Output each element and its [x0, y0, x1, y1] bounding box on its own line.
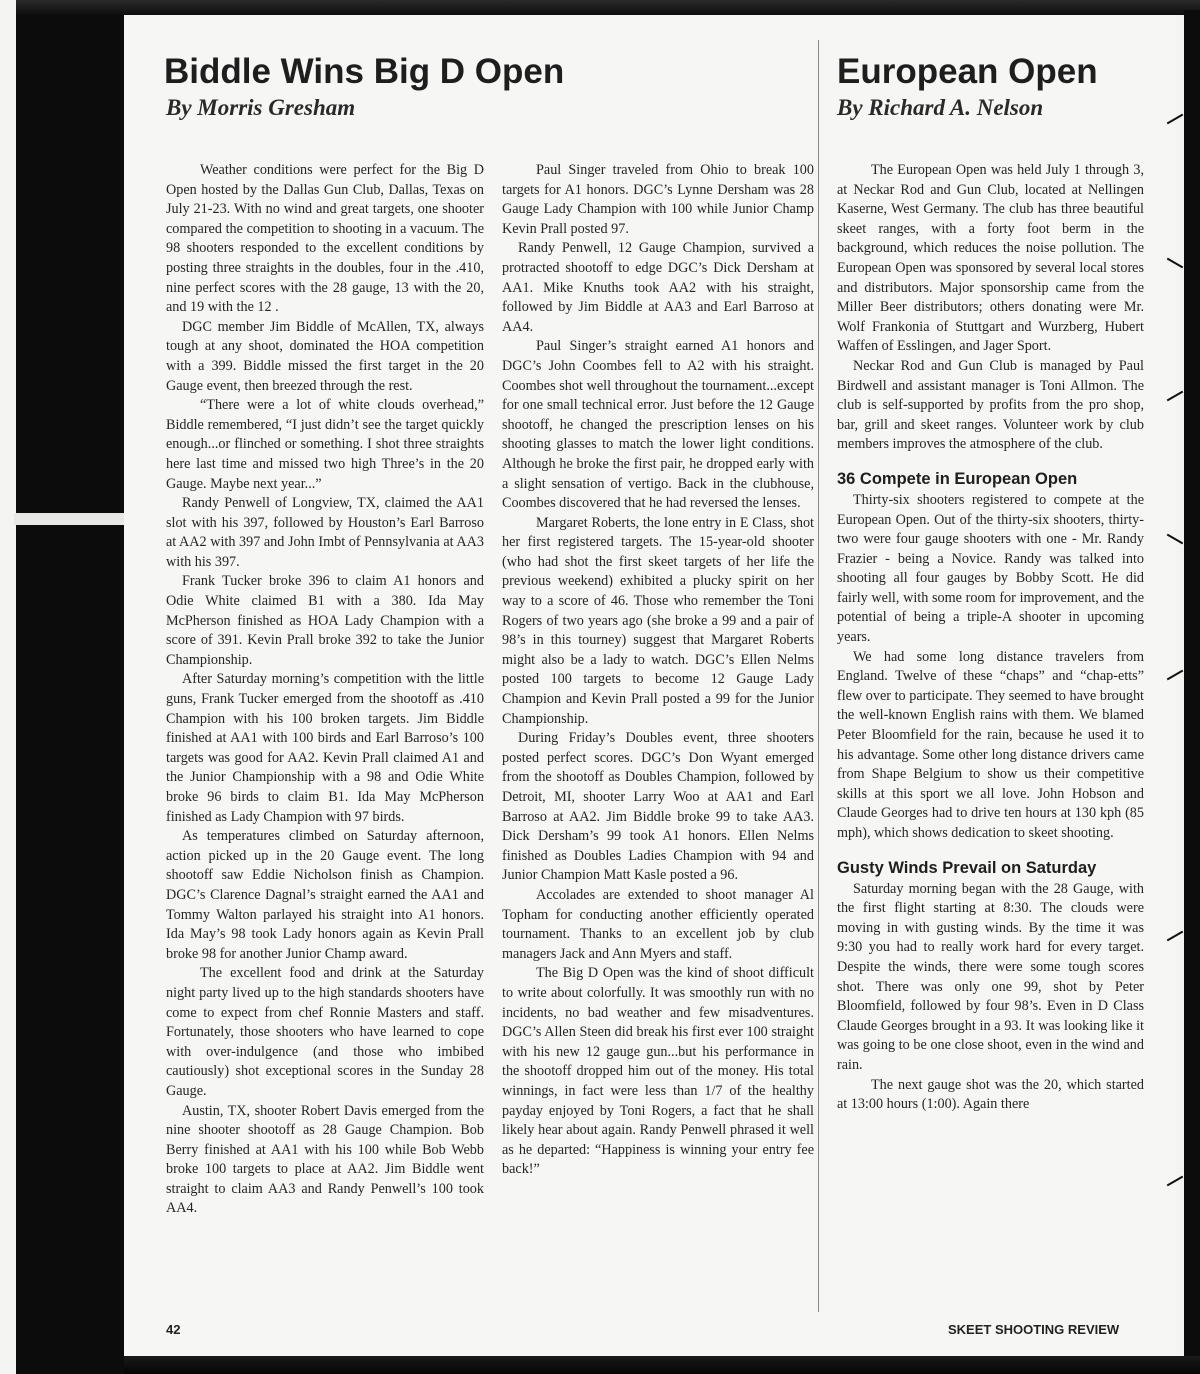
- paragraph: Neckar Rod and Gun Club is managed by Pa…: [837, 357, 1144, 455]
- paragraph: As temperatures climbed on Saturday afte…: [166, 827, 484, 964]
- paragraph: Austin, TX, shooter Robert Davis emerged…: [166, 1102, 484, 1220]
- paragraph: DGC member Jim Biddle of McAllen, TX, al…: [166, 318, 484, 396]
- article-title: European Open: [837, 52, 1098, 92]
- paragraph: Paul Singer’s straight earned A1 honors …: [502, 337, 814, 513]
- section-heading: Gusty Winds Prevail on Saturday: [837, 858, 1144, 878]
- scan-right-edge: [1184, 10, 1200, 1374]
- paragraph: Saturday morning began with the 28 Gauge…: [837, 880, 1144, 1076]
- column-divider: [818, 40, 819, 1312]
- article-title: Biddle Wins Big D Open: [164, 52, 564, 92]
- paragraph: Frank Tucker broke 396 to claim A1 honor…: [166, 572, 484, 670]
- paragraph: Randy Penwell, 12 Gauge Champion, surviv…: [502, 239, 814, 337]
- paragraph: Randy Penwell of Longview, TX, claimed t…: [166, 494, 484, 572]
- paragraph: “There were a lot of white clouds overhe…: [166, 396, 484, 494]
- article-column-1: Weather conditions were perfect for the …: [166, 161, 484, 1219]
- paragraph: The next gauge shot was the 20, which st…: [837, 1076, 1144, 1115]
- paragraph: Paul Singer traveled from Ohio to break …: [502, 161, 814, 239]
- scan-top-edge: [16, 0, 1200, 15]
- publication-name: SKEET SHOOTING REVIEW: [948, 1322, 1119, 1337]
- scan-left-edge-gap: [14, 513, 128, 525]
- paragraph: Thirty-six shooters registered to compet…: [837, 491, 1144, 648]
- section-heading: 36 Compete in European Open: [837, 469, 1144, 489]
- paragraph: Accolades are extended to shoot manager …: [502, 886, 814, 964]
- paragraph: The Big D Open was the kind of shoot dif…: [502, 964, 814, 1180]
- paragraph: During Friday’s Doubles event, three sho…: [502, 729, 814, 886]
- paragraph: The excellent food and drink at the Satu…: [166, 964, 484, 1101]
- article-byline: By Richard A. Nelson: [837, 95, 1043, 121]
- scan-bottom-edge: [124, 1356, 1200, 1374]
- article-column-2: Paul Singer traveled from Ohio to break …: [502, 161, 814, 1180]
- article-byline: By Morris Gresham: [166, 95, 355, 121]
- article-column-3: The European Open was held July 1 throug…: [837, 161, 1144, 1115]
- paragraph: The European Open was held July 1 throug…: [837, 161, 1144, 357]
- paragraph: After Saturday morning’s competition wit…: [166, 670, 484, 827]
- paragraph: Weather conditions were perfect for the …: [166, 161, 484, 318]
- page-number: 42: [166, 1322, 180, 1337]
- paragraph: We had some long distance travelers from…: [837, 648, 1144, 844]
- scan-left-edge: [16, 0, 128, 1374]
- paragraph: Margaret Roberts, the lone entry in E Cl…: [502, 514, 814, 730]
